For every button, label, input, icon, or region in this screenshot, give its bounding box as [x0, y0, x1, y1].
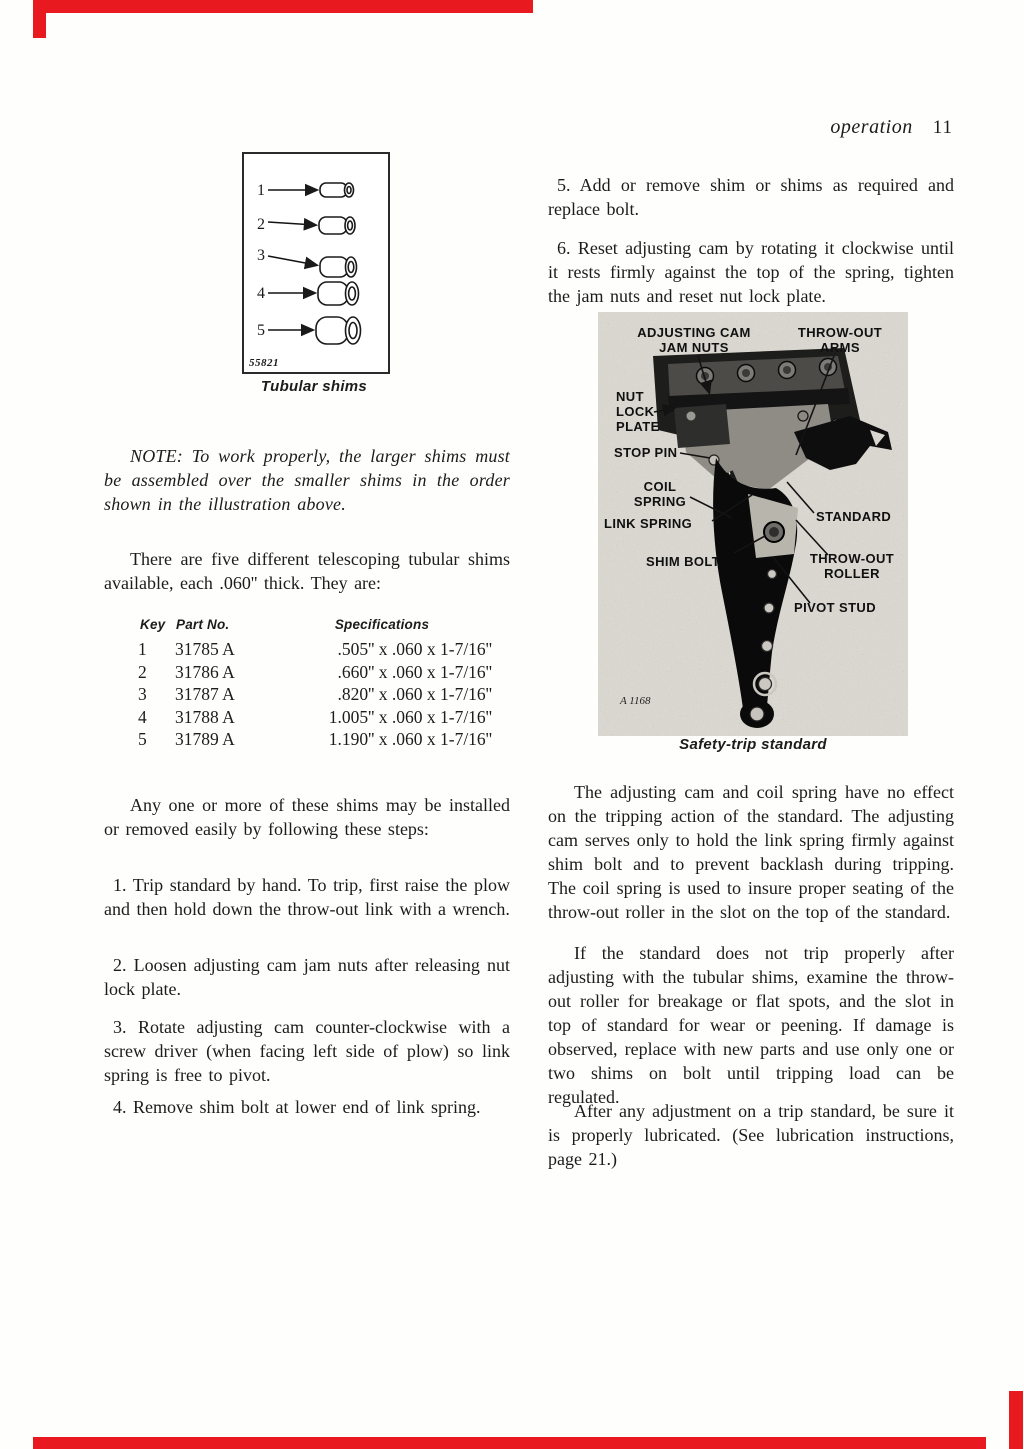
paragraph-trouble-check: If the standard does not trip properly a… [548, 941, 954, 1109]
label-link-spring: LINK SPRING [604, 516, 692, 531]
step-2: 2. Loosen adjusting cam jam nuts after r… [104, 953, 510, 1001]
figure-tubular-shims: 1 2 3 4 [242, 152, 390, 374]
tubular-shims-drawing: 1 2 3 4 [244, 154, 384, 368]
step-3: 3. Rotate adjusting cam counter-clockwis… [104, 1015, 510, 1087]
step-4: 4. Remove shim bolt at lower end of link… [104, 1095, 510, 1119]
shim-1 [320, 183, 354, 197]
step-5: 5. Add or remove shim or shims as requir… [548, 173, 954, 221]
step-6: 6. Reset adjusting cam by rotating it cl… [548, 236, 954, 308]
shim-arrow-3 [268, 256, 316, 265]
safety-trip-standard-photo: ADJUSTING CAM JAM NUTS THROW-OUT ARMS NU… [598, 312, 908, 736]
scan-edge-mark-top [33, 0, 533, 13]
table-row: 331787 A.820'' x .060 x 1-7/16'' [138, 683, 492, 706]
figure-caption-safety-trip-standard: Safety-trip standard [598, 736, 908, 753]
intro-paragraph: There are five different telescoping tub… [104, 547, 510, 595]
scan-edge-mark-right [1009, 1391, 1023, 1449]
label-throw-out-roller: THROW-OUT [810, 551, 894, 566]
table-row: 231786 A.660'' x .060 x 1-7/16'' [138, 661, 492, 684]
table-header-key: Key [140, 617, 165, 632]
svg-text:ARMS: ARMS [820, 340, 860, 355]
table-header-specifications: Specifications [274, 617, 490, 632]
svg-text:PLATE: PLATE [616, 419, 660, 434]
paragraph-lubrication: After any adjustment on a trip standard,… [548, 1099, 954, 1171]
step-1: 1. Trip standard by hand. To trip, first… [104, 873, 510, 921]
manual-page: operation11 1 2 [0, 0, 1024, 1449]
label-throw-out-arms: THROW-OUT [798, 325, 882, 340]
shim-parts-table: 131785 A.505'' x .060 x 1-7/16'' 231786 … [138, 638, 492, 751]
svg-text:JAM NUTS: JAM NUTS [659, 340, 729, 355]
label-nut-lock-plate: NUT [616, 389, 644, 404]
label-coil-spring: COIL [644, 479, 677, 494]
shim-key-4: 4 [257, 285, 265, 302]
shim-arrow-2 [268, 222, 315, 225]
steps-intro-paragraph: Any one or more of these shims may be in… [104, 793, 510, 841]
label-shim-bolt: SHIM BOLT [646, 554, 720, 569]
figure-number: A 1168 [619, 695, 651, 707]
shim-key-5: 5 [257, 322, 265, 339]
paragraph-adjusting-cam: The adjusting cam and coil spring have n… [548, 780, 954, 924]
svg-text:SPRING: SPRING [634, 494, 686, 509]
shim-3 [320, 257, 357, 277]
svg-text:ROLLER: ROLLER [824, 566, 880, 581]
figure-number: 55821 [249, 357, 279, 369]
shim-key-1: 1 [257, 182, 265, 199]
table-header-part-no: Part No. [176, 617, 229, 632]
scan-edge-mark-left [33, 0, 46, 38]
section-title: operation [830, 116, 912, 138]
page-number: 11 [933, 117, 953, 138]
shim-key-2: 2 [257, 216, 265, 233]
scan-edge-mark-bottom [33, 1437, 986, 1449]
label-stop-pin: STOP PIN [614, 445, 677, 460]
label-adjusting-cam-jam-nuts: ADJUSTING CAM [637, 325, 751, 340]
note-paragraph: NOTE: To work properly, the larger shims… [104, 444, 510, 516]
svg-text:LOCK: LOCK [616, 404, 655, 419]
shim-5 [316, 317, 361, 344]
figure-caption-tubular-shims: Tubular shims [230, 378, 398, 395]
shim-2 [319, 217, 355, 234]
table-row: 131785 A.505'' x .060 x 1-7/16'' [138, 638, 492, 661]
label-pivot-stud: PIVOT STUD [794, 600, 876, 615]
shim-key-3: 3 [257, 247, 265, 264]
figure-safety-trip-standard: ADJUSTING CAM JAM NUTS THROW-OUT ARMS NU… [598, 312, 908, 736]
page-header: operation11 [545, 116, 953, 139]
shim-4 [318, 282, 359, 305]
table-row: 531789 A1.190'' x .060 x 1-7/16'' [138, 728, 492, 751]
table-row: 431788 A1.005'' x .060 x 1-7/16'' [138, 706, 492, 729]
label-standard: STANDARD [816, 509, 891, 524]
